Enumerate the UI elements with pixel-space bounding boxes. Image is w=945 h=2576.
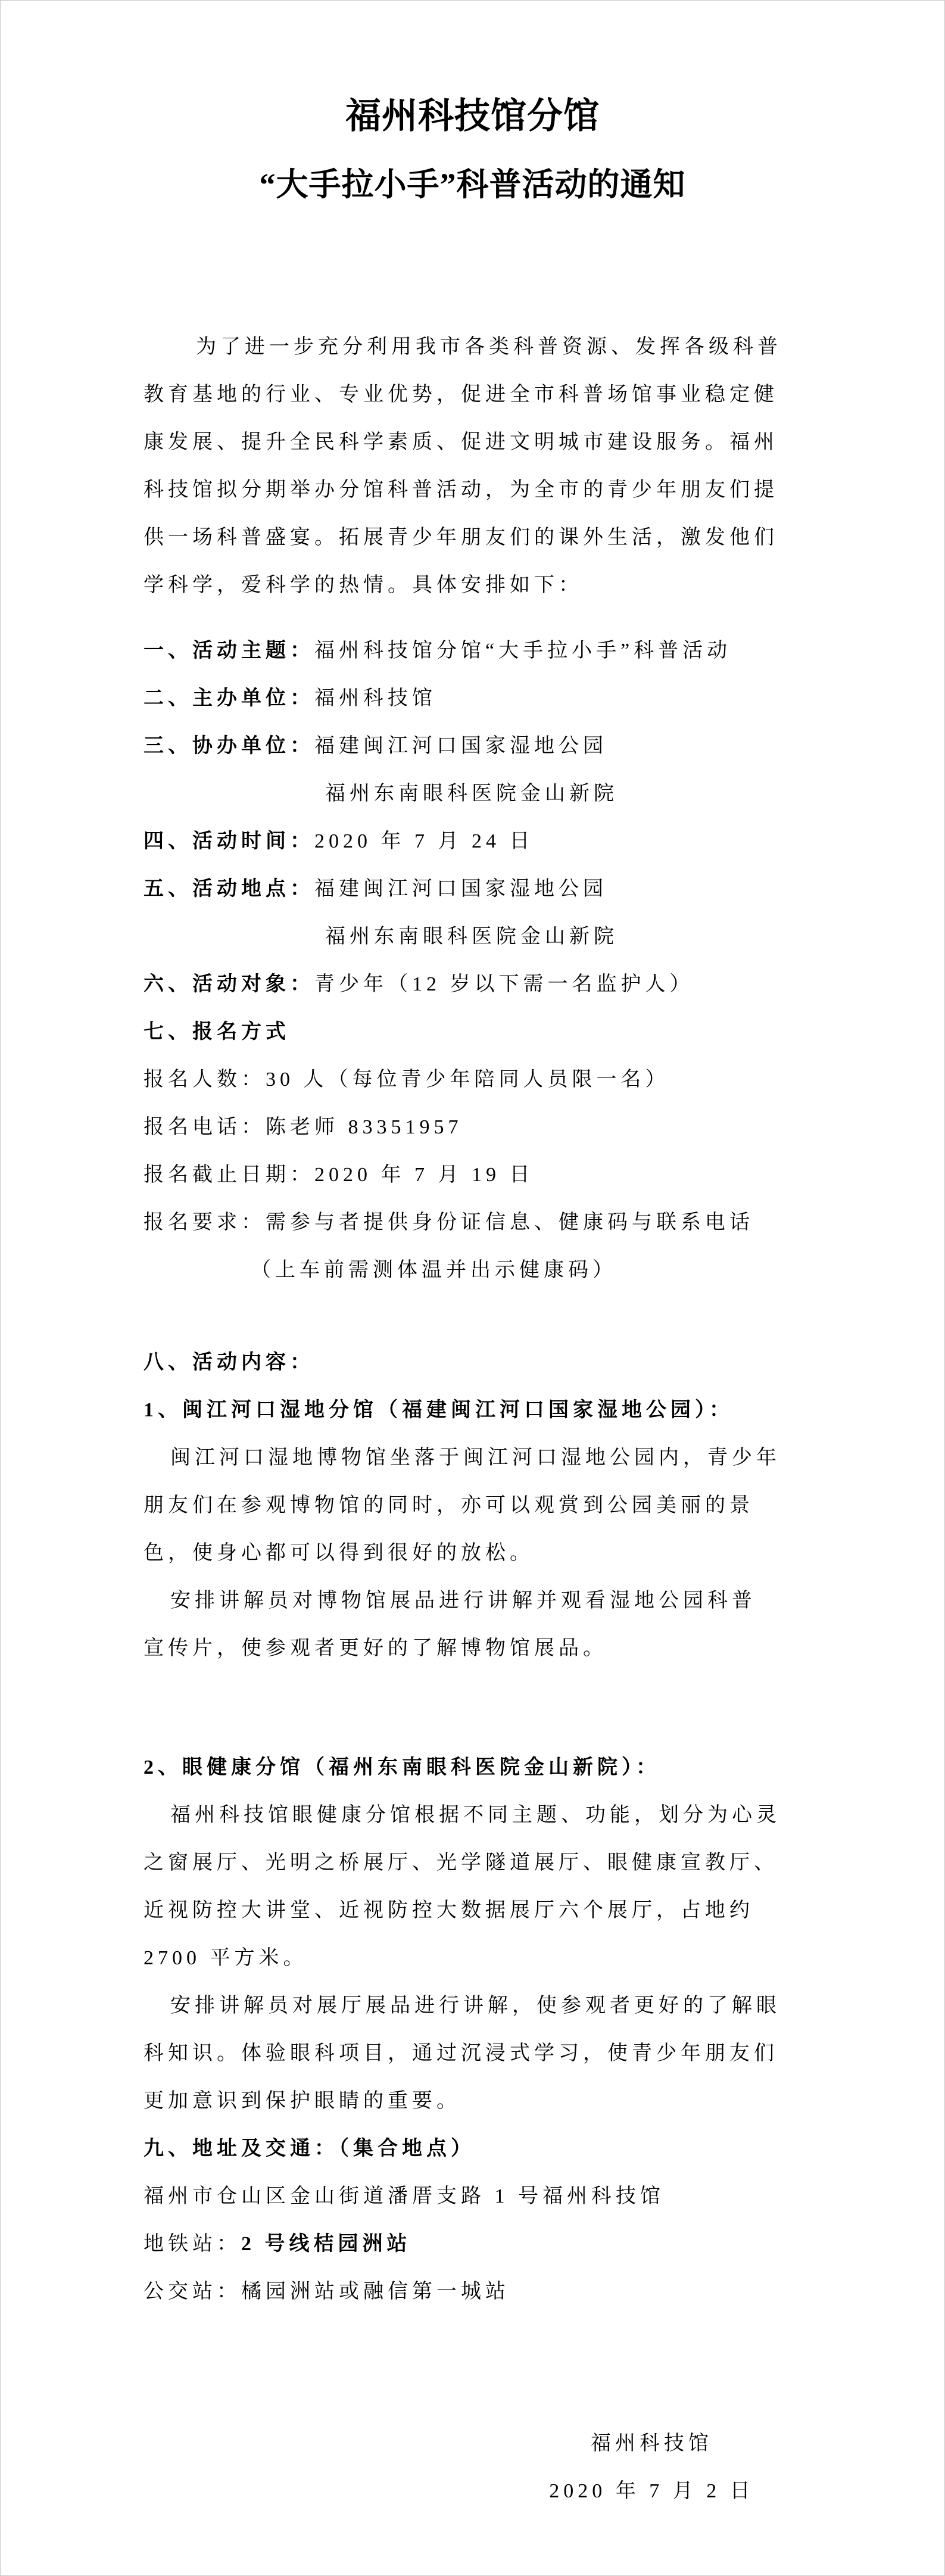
item-value: 福州东南眼科医院金山新院 xyxy=(325,926,618,948)
item-activity-time: 四、活动时间：2020 年 7 月 24 日 xyxy=(144,818,801,865)
item-audience: 六、活动对象：青少年（12 岁以下需一名监护人） xyxy=(144,961,801,1008)
document-body: 福州科技馆分馆 “大手拉小手”科普活动的通知 为了进一步充分利用我市各类科普资源… xyxy=(1,98,944,2515)
address-line: 福州市仓山区金山街道潘厝支路 1 号福州科技馆 xyxy=(144,2173,801,2220)
content-sub1-line: 宣传片，使参观者更好的了解博物馆展品。 xyxy=(144,1625,801,1672)
intro-paragraph: 为了进一步充分利用我市各类科普资源、发挥各级科普 教育基地的行业、专业优势，促进… xyxy=(144,323,801,609)
intro-line: 供一场科普盛宴。拓展青少年朋友们的课外生活，激发他们 xyxy=(144,514,801,562)
metro-label: 地铁站： xyxy=(144,2233,241,2255)
item-value: 福州科技馆分馆“大手拉小手”科普活动 xyxy=(314,640,731,662)
item-label: 一、活动主题： xyxy=(144,640,314,662)
item-value: 2020 年 7 月 24 日 xyxy=(314,830,534,852)
content-sub2-line: 安排讲解员对展厅展品进行讲解，使参观者更好的了解眼 xyxy=(144,1982,801,2030)
signature-block: 福州科技馆 2020 年 7 月 2 日 xyxy=(501,2420,803,2515)
content-sub1-line: 朋友们在参观博物馆的同时，亦可以观赏到公园美丽的景 xyxy=(144,1482,801,1530)
content-sub2-line: 近视防控大讲堂、近视防控大数据展厅六个展厅，占地约 xyxy=(144,1887,801,1935)
content-sub2-line: 更加意识到保护眼睛的重要。 xyxy=(144,2077,801,2125)
item-signup-heading: 七、报名方式 xyxy=(144,1008,801,1056)
metro-value: 2 号线桔园洲站 xyxy=(241,2233,411,2255)
item-activity-place-line2: 福州东南眼科医院金山新院 xyxy=(325,913,801,961)
notice-document-page: 福州科技馆分馆 “大手拉小手”科普活动的通知 为了进一步充分利用我市各类科普资源… xyxy=(0,0,945,2576)
intro-line: 科技馆拟分期举办分馆科普活动，为全市的青少年朋友们提 xyxy=(144,466,801,514)
item-activity-theme: 一、活动主题：福州科技馆分馆“大手拉小手”科普活动 xyxy=(144,627,801,675)
bus-line: 公交站：橘园洲站或融信第一城站 xyxy=(144,2268,801,2316)
document-title-line1: 福州科技馆分馆 xyxy=(144,98,801,135)
signup-requirement: 报名要求：需参与者提供身份证信息、健康码与联系电话 xyxy=(144,1199,801,1247)
bus-value: 橘园洲站或融信第一城站 xyxy=(241,2281,510,2303)
intro-line: 教育基地的行业、专业优势，促进全市科普场馆事业稳定健 xyxy=(144,371,801,419)
item-label: 四、活动时间： xyxy=(144,830,314,852)
address-heading: 九、地址及交通：（集合地点） xyxy=(144,2125,801,2173)
item-organizer: 二、主办单位：福州科技馆 xyxy=(144,675,801,722)
signup-deadline: 报名截止日期：2020 年 7 月 19 日 xyxy=(144,1151,801,1199)
signup-phone: 报名电话：陈老师 83351957 xyxy=(144,1104,801,1151)
content-sub2-line: 之窗展厅、光明之桥展厅、光学隧道展厅、眼健康宣教厅、 xyxy=(144,1839,801,1887)
item-value: 福建闽江河口国家湿地公园 xyxy=(314,878,607,900)
intro-line: 学科学，爱科学的热情。具体安排如下： xyxy=(144,562,801,609)
content-heading: 八、活动内容： xyxy=(144,1339,801,1387)
content-sub2-line: 科知识。体验眼科项目，通过沉浸式学习，使青少年朋友们 xyxy=(144,2030,801,2077)
content-sub1-line: 色，使身心都可以得到很好的放松。 xyxy=(144,1530,801,1577)
item-value: 福州科技馆 xyxy=(314,687,436,709)
signature-org: 福州科技馆 xyxy=(501,2420,803,2468)
item-activity-place: 五、活动地点：福建闽江河口国家湿地公园 xyxy=(144,865,801,913)
content-sub1-line: 闽江河口湿地博物馆坐落于闽江河口湿地公园内，青少年 xyxy=(144,1434,801,1482)
item-coorganizer: 三、协办单位：福建闽江河口国家湿地公园 xyxy=(144,722,801,770)
signature-date: 2020 年 7 月 2 日 xyxy=(501,2468,803,2515)
signup-requirement-note: （上车前需测体温并出示健康码） xyxy=(251,1247,801,1294)
content-sub1-heading: 1、闽江河口湿地分馆（福建闽江河口国家湿地公园）： xyxy=(144,1387,801,1434)
bus-label: 公交站： xyxy=(144,2281,241,2303)
item-value: 福建闽江河口国家湿地公园 xyxy=(314,735,607,757)
metro-line: 地铁站：2 号线桔园洲站 xyxy=(144,2220,801,2268)
intro-line: 为了进一步充分利用我市各类科普资源、发挥各级科普 xyxy=(144,323,801,371)
document-title-line2: “大手拉小手”科普活动的通知 xyxy=(144,168,801,201)
address-transport-section: 九、地址及交通：（集合地点） 福州市仓山区金山街道潘厝支路 1 号福州科技馆 地… xyxy=(144,2125,801,2316)
intro-line: 康发展、提升全民科学素质、促进文明城市建设服务。福州 xyxy=(144,419,801,466)
content-sub2-line: 2700 平方米。 xyxy=(144,1935,801,1982)
content-sub1-line: 安排讲解员对博物馆展品进行讲解并观看湿地公园科普 xyxy=(144,1577,801,1625)
content-sub2-line: 福州科技馆眼健康分馆根据不同主题、功能，划分为心灵 xyxy=(144,1792,801,1839)
activity-content-section: 八、活动内容： 1、闽江河口湿地分馆（福建闽江河口国家湿地公园）： 闽江河口湿地… xyxy=(144,1339,801,2125)
item-label: 六、活动对象： xyxy=(144,973,314,995)
signup-count: 报名人数：30 人（每位青少年陪同人员限一名） xyxy=(144,1056,801,1104)
item-value: 青少年（12 岁以下需一名监护人） xyxy=(314,973,694,995)
numbered-items-section: 一、活动主题：福州科技馆分馆“大手拉小手”科普活动 二、主办单位：福州科技馆 三… xyxy=(144,627,801,1294)
item-value: 福州东南眼科医院金山新院 xyxy=(325,783,618,805)
content-sub2-heading: 2、眼健康分馆（福州东南眼科医院金山新院）： xyxy=(144,1744,801,1792)
item-coorganizer-line2: 福州东南眼科医院金山新院 xyxy=(325,770,801,818)
item-label: 二、主办单位： xyxy=(144,687,314,709)
item-label: 三、协办单位： xyxy=(144,735,314,757)
item-label: 五、活动地点： xyxy=(144,878,314,900)
